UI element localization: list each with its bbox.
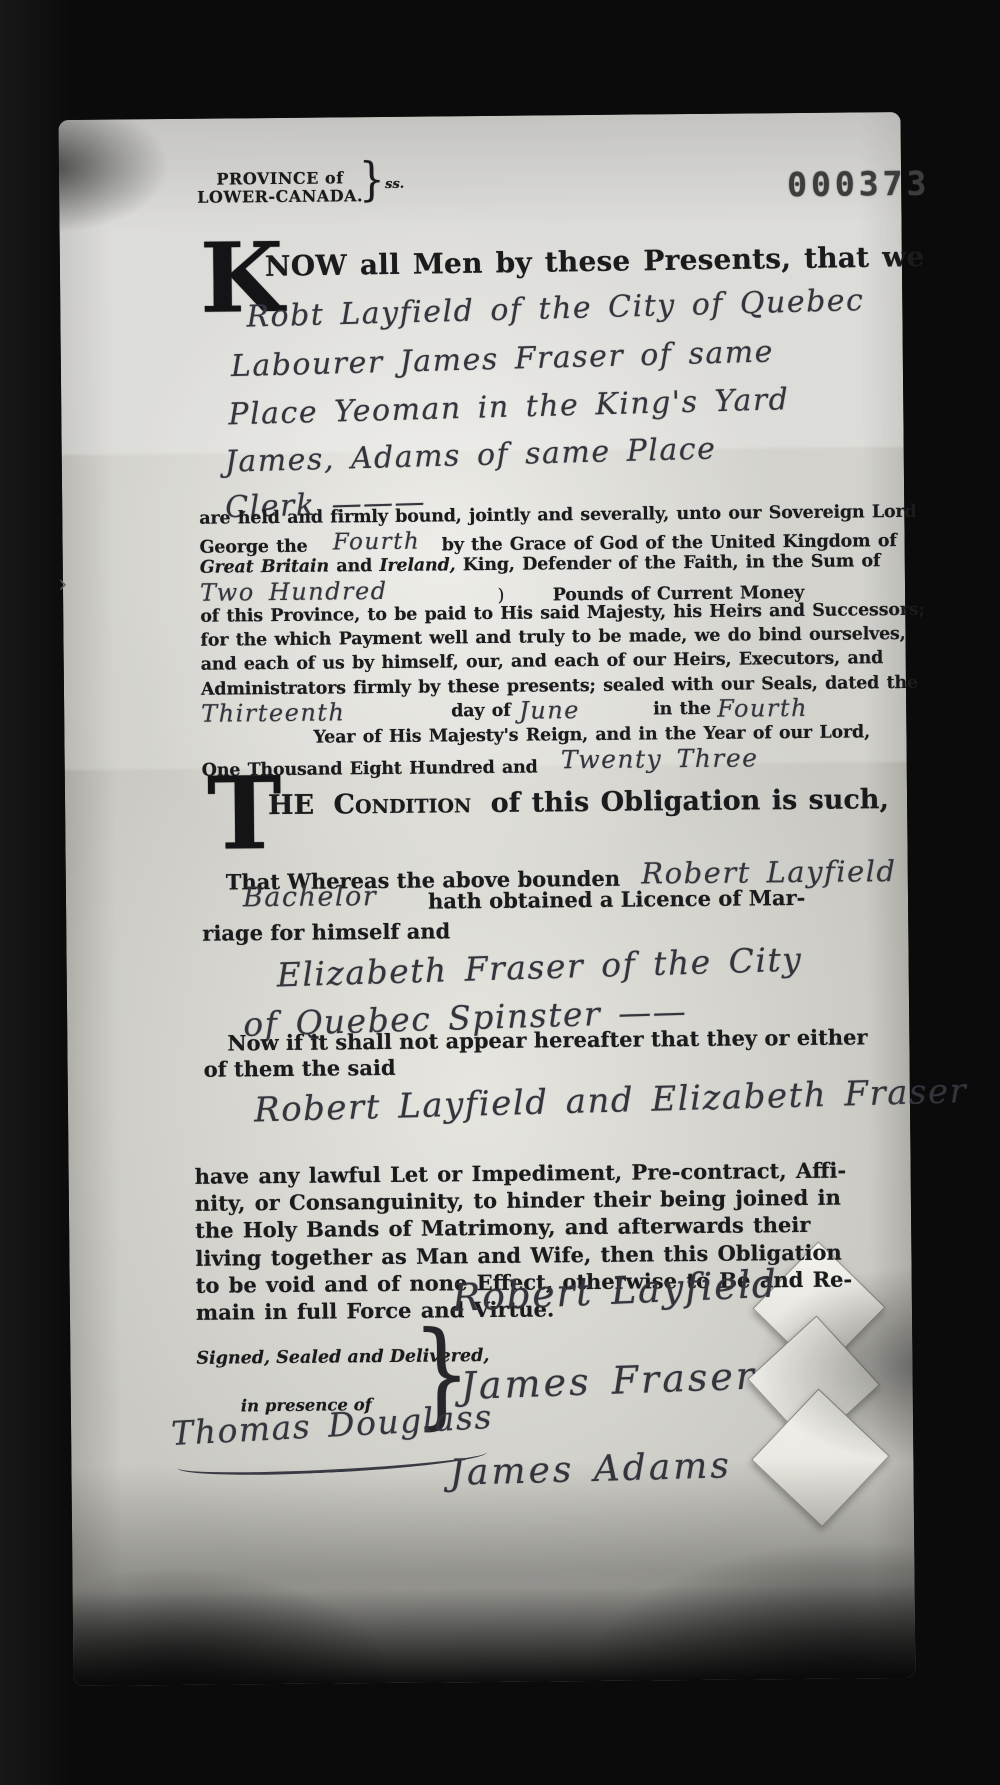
margin-check-mark: › <box>58 570 68 598</box>
bond-line-3-and: and <box>336 556 372 576</box>
bond-line-3-great-britain: Great Britain <box>200 556 329 577</box>
condition-heading-word: Condition <box>333 788 471 820</box>
hw-month: June <box>519 696 580 725</box>
stamp-number: 000373 <box>787 164 931 204</box>
handwritten-party-line-3: Place Yeoman in the King's Yard <box>228 382 790 432</box>
hw-sum-amount: Two Hundred <box>200 577 388 607</box>
condition-p3: riage for himself and <box>202 918 450 945</box>
hw-bride-line-1: Elizabeth Fraser of the City <box>276 939 803 994</box>
handwritten-party-line-1: Robt Layfield of the City of Quebec <box>246 283 865 335</box>
bond-line-11: One Thousand Eight Hundred and Twenty Th… <box>202 747 806 777</box>
bond-paragraph: are held and firmly bound, jointly and s… <box>199 503 806 777</box>
hw-regnal-year: Fourth <box>717 694 808 723</box>
hw-day: Thirteenth <box>201 698 345 727</box>
wafer-seal-3 <box>751 1389 890 1528</box>
signature-surety-2: James Adams <box>449 1445 732 1494</box>
hw-bachelor: Bachelor <box>243 881 378 913</box>
bond-line-9-day-of: day of <box>451 701 511 722</box>
province-header: PROVINCE of LOWER-CANADA. <box>197 169 363 207</box>
hw-king-ordinal: Fourth <box>333 529 421 556</box>
header-brace: } <box>359 154 385 207</box>
condition-heading-he: HE <box>268 790 314 821</box>
handwritten-party-line-2: Labourer James Fraser of same <box>230 334 774 384</box>
bond-line-2-print-a: George the <box>200 537 308 558</box>
hw-year: Twenty Three <box>561 743 759 774</box>
signature-surety-1: James Fraser <box>460 1354 758 1409</box>
condition-heading: HE Condition of this Obligation is such, <box>268 784 889 821</box>
condition-p5: of them the said <box>204 1055 396 1082</box>
document-paper: PROVINCE of LOWER-CANADA. } ss. 000373 K… <box>59 112 916 1686</box>
province-line2: LOWER-CANADA. <box>197 187 363 207</box>
condition-heading-rest: of this Obligation is such, <box>491 784 889 819</box>
bond-line-3-rest: King, Defender of the Faith, in the Sum … <box>463 551 881 575</box>
condition-p2-print: hath obtained a Licence of Mar- <box>428 885 806 914</box>
handwritten-party-line-4: James, Adams of same Place <box>224 431 716 479</box>
bond-line-3-ireland: Ireland, <box>379 555 455 576</box>
header-ss-label: ss. <box>385 177 404 192</box>
bond-line-9-in-the: in the <box>653 699 711 720</box>
scanned-document-page: { "header": { "province_line1": "PROVINC… <box>0 0 1000 1785</box>
condition-p4: Now if it shall not appear hereafter tha… <box>227 1024 867 1055</box>
condition-p2: Bachelor hath obtained a Licence of Mar- <box>203 881 823 917</box>
know-heading: NOW all Men by these Presents, that we <box>265 240 925 283</box>
